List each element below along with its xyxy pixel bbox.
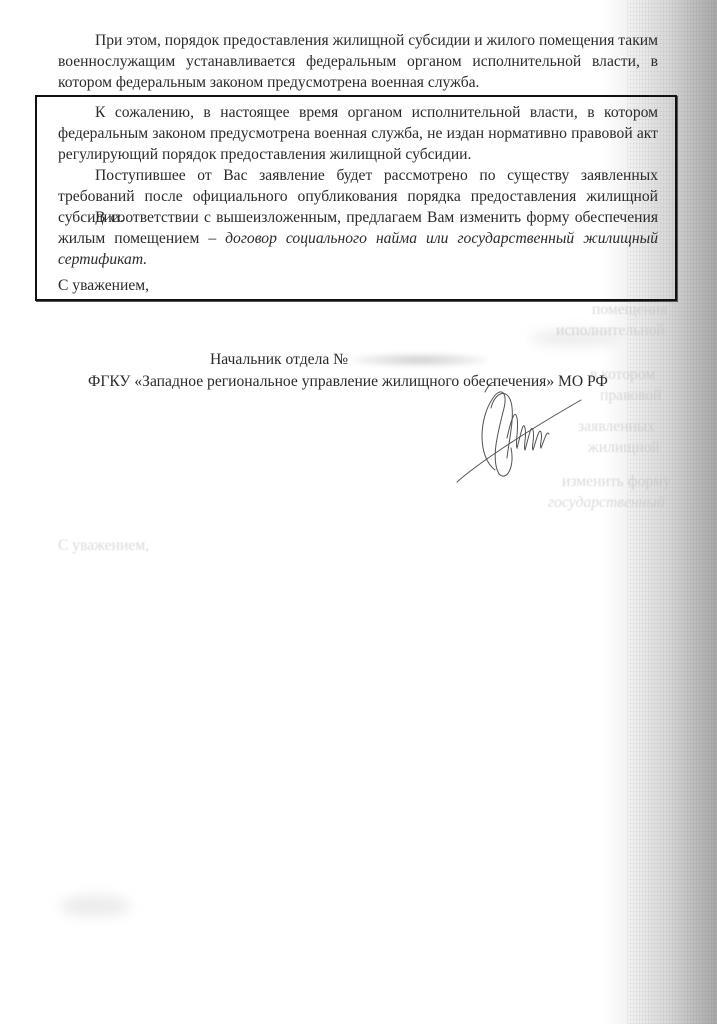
closing-text: С уважением, — [58, 275, 658, 296]
bleed-text: заявленных — [578, 418, 655, 436]
bleed-redaction — [530, 330, 620, 346]
bleed-text: государственный — [548, 494, 665, 512]
paragraph-intro: При этом, порядок предоставления жилищно… — [58, 30, 658, 93]
handwritten-signature-icon — [455, 378, 585, 488]
bleed-text: С уважением, — [58, 537, 149, 555]
bleed-smudge — [60, 895, 130, 917]
signatory-title: Начальник отдела № — [210, 350, 487, 370]
scanned-page: помещения исполнительной в котором право… — [0, 0, 717, 1024]
bleed-text: помещения — [592, 301, 667, 319]
redacted-number — [352, 353, 487, 367]
paragraph-regret: К сожалению, в настоящее время органом и… — [58, 102, 658, 165]
paragraph-proposal: В соответствии с вышеизложенным, предлаг… — [58, 207, 658, 270]
signatory-title-text: Начальник отдела № — [210, 351, 348, 368]
bleed-text: правовой — [600, 387, 662, 405]
bleed-text: жилищной — [588, 439, 660, 457]
highlighted-box: К сожалению, в настоящее время органом и… — [35, 95, 677, 301]
